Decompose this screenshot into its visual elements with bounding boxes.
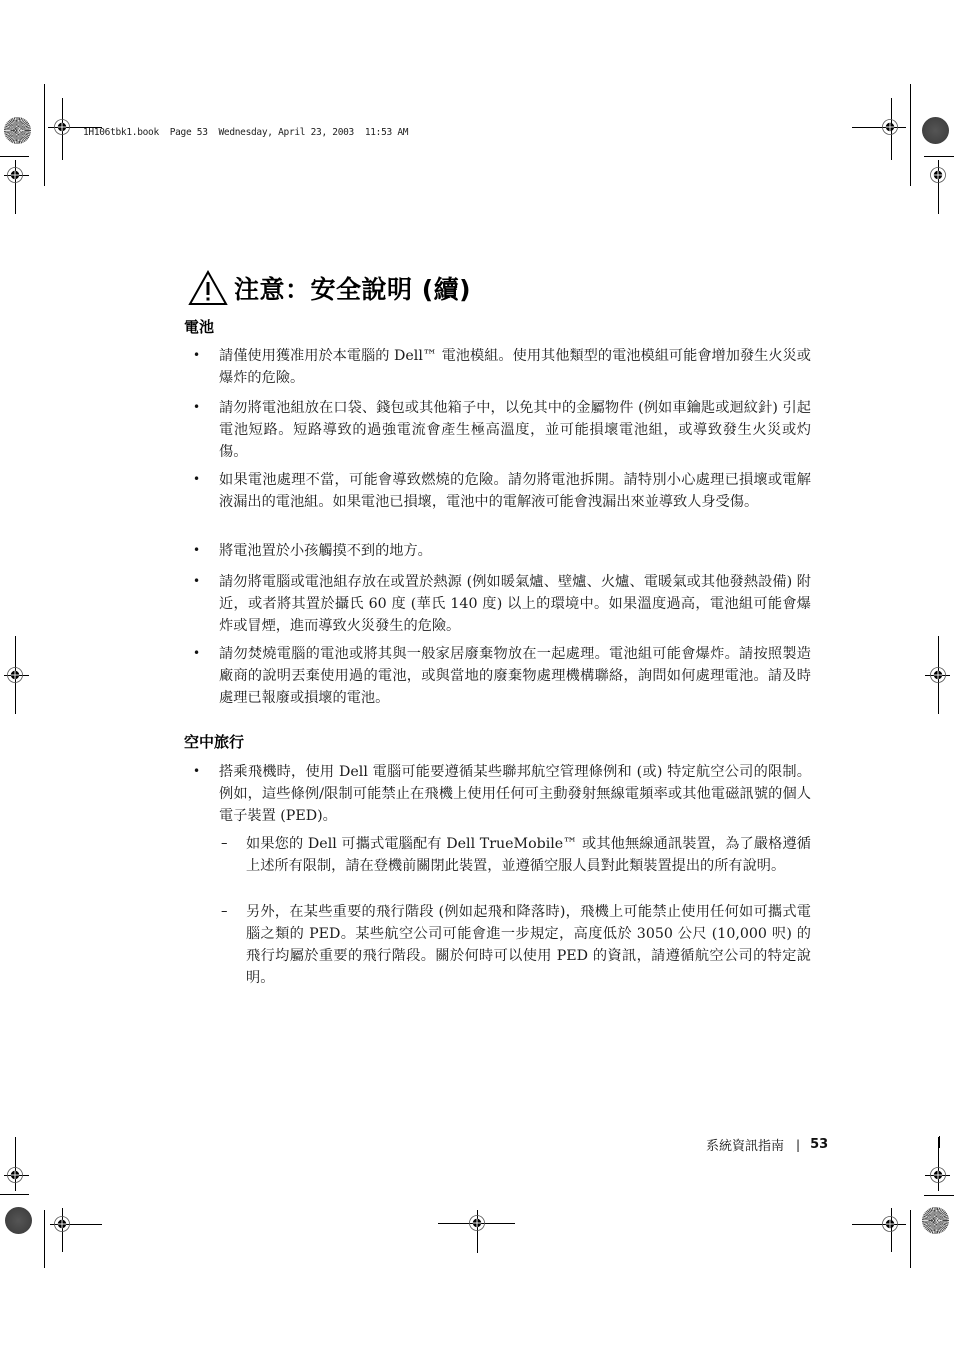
page-title-text: 注意：安全說明 (續) (234, 270, 471, 306)
gray-patch-mark-bottom-left (5, 1207, 32, 1234)
color-wheel-mark-top-left (4, 117, 31, 144)
section-heading-battery: 電池 (184, 316, 214, 337)
registration-mark-icon (6, 166, 24, 184)
registration-mark-icon (881, 1215, 899, 1233)
crop-mark (44, 1210, 45, 1268)
crop-mark (0, 1194, 29, 1195)
list-item: 請勿將電池組放在口袋、錢包或其他箱子中，以免其中的金屬物件 (例如車鑰匙或迴紋針… (219, 397, 811, 463)
warning-triangle-icon (188, 270, 228, 306)
sub-list-item: 另外，在某些重要的飛行階段 (例如起飛和降落時)，飛機上可能禁止使用任何如可攜式… (246, 901, 811, 989)
gray-patch-mark-top-right (922, 117, 949, 144)
footer-book-title: 系統資訊指南 (706, 1135, 784, 1154)
registration-mark-icon (53, 1215, 71, 1233)
sub-list-item: 如果您的 Dell 可攜式電腦配有 Dell TrueMobile™ 或其他無線… (246, 833, 811, 877)
registration-mark-icon (6, 666, 24, 684)
registration-mark-icon (929, 166, 947, 184)
crop-mark (910, 84, 911, 186)
bullet: • (193, 764, 200, 778)
print-slug: 1H106tbk1.book Page 53 Wednesday, April … (83, 127, 408, 138)
crop-mark (44, 84, 45, 186)
registration-mark-icon (468, 1214, 486, 1232)
bullet: • (193, 646, 200, 660)
dash-marker: – (221, 904, 228, 919)
list-item: 請勿焚燒電腦的電池或將其與一般家居廢棄物放在一起處理。電池組可能會爆炸。請按照製… (219, 643, 811, 709)
page-number: 53 (810, 1137, 828, 1152)
list-item: 請僅使用獲准用於本電腦的 Dell™ 電池模組。使用其他類型的電池模組可能會增加… (219, 345, 811, 389)
registration-mark-icon (881, 118, 899, 136)
section-heading-air-travel: 空中旅行 (184, 731, 244, 752)
crop-mark (939, 1136, 940, 1148)
list-item: 將電池置於小孩觸摸不到的地方。 (219, 540, 811, 562)
dash-marker: – (221, 836, 228, 851)
registration-mark-icon (6, 1166, 24, 1184)
bullet: • (193, 574, 200, 588)
registration-mark-icon (53, 118, 71, 136)
bullet: • (193, 543, 200, 557)
registration-mark-icon (929, 1166, 947, 1184)
registration-mark-icon (929, 666, 947, 684)
list-item: 搭乘飛機時，使用 Dell 電腦可能要遵循某些聯邦航空管理條例和 (或) 特定航… (219, 761, 811, 827)
bullet: • (193, 472, 200, 486)
bullet: • (193, 348, 200, 362)
list-item: 如果電池處理不當，可能會導致燃燒的危險。請勿將電池拆開。請特別小心處理已損壞或電… (219, 469, 811, 513)
page-title: 注意：安全說明 (續) (188, 270, 471, 306)
color-wheel-mark-bottom-right (922, 1207, 949, 1234)
crop-mark (924, 156, 954, 157)
list-item: 請勿將電腦或電池組存放在或置於熱源 (例如暖氣爐、壁爐、火爐、電暖氣或其他發熱設… (219, 571, 811, 637)
footer-separator: | (796, 1138, 800, 1152)
crop-mark (910, 1210, 911, 1268)
crop-mark (924, 1195, 954, 1196)
crop-mark (0, 156, 29, 157)
page-footer: 系統資訊指南 | 53 (706, 1135, 828, 1154)
bullet: • (193, 400, 200, 414)
